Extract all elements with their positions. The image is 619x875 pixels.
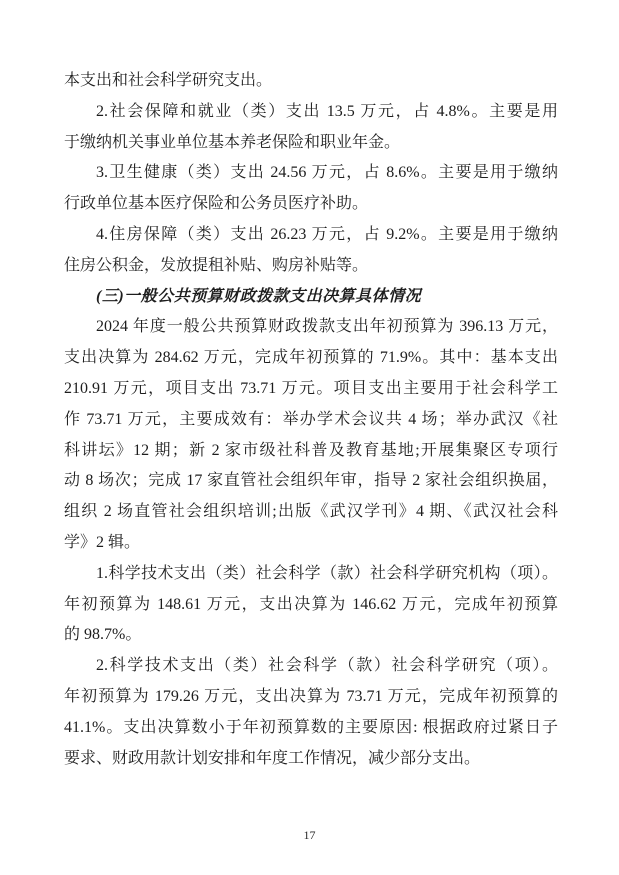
text-line: 1.科学技术支出（类）社会科学（款）社会科学研究机构（项）。 [64,559,558,590]
text-line: 2024 年度一般公共预算财政拨款支出年初预算为 396.13 万元， [64,312,558,343]
text-line: 支出决算为 284.62 万元，完成年初预算的 71.9%。其中：基本支出 [64,343,558,374]
text-line: 210.91 万元，项目支出 73.71 万元。项目支出主要用于社会科学工 [64,374,558,405]
text-line: 行政单位基本医疗保险和公务员医疗补助。 [64,189,558,220]
text-line: 2.科学技术支出（类）社会科学（款）社会科学研究（项）。 [64,651,558,682]
text-line: 动 8 场次；完成 17 家直管社会组织年审，指导 2 家社会组织换届， [64,466,558,497]
text-line: 2.社会保障和就业（类）支出 13.5 万元，占 4.8%。主要是用 [64,97,558,128]
text-line: 年初预算为 179.26 万元，支出决算为 73.71 万元，完成年初预算的 [64,682,558,713]
text-line: 3.卫生健康（类）支出 24.56 万元，占 8.6%。主要是用于缴纳 [64,158,558,189]
text-line: 的 98.7%。 [64,620,558,651]
text-line: 科讲坛》12 期；新 2 家市级社科普及教育基地;开展集聚区专项行 [64,436,558,467]
text-line: 41.1%。支出决算数小于年初预算数的主要原因: 根据政府过紧日子 [64,713,558,744]
page-number: 17 [0,828,619,843]
text-line: 4.住房保障（类）支出 26.23 万元，占 9.2%。主要是用于缴纳 [64,220,558,251]
text-line: 本支出和社会科学研究支出。 [64,66,558,97]
text-line: 学》2 辑。 [64,528,558,559]
section-heading: (三)一般公共预算财政拨款支出决算具体情况 [64,282,558,313]
text-line: 作 73.71 万元，主要成效有：举办学术会议共 4 场；举办武汉《社 [64,405,558,436]
text-line: 于缴纳机关事业单位基本养老保险和职业年金。 [64,128,558,159]
text-line: 住房公积金，发放提租补贴、购房补贴等。 [64,251,558,282]
text-line: 组织 2 场直管社会组织培训;出版《武汉学刊》4 期、《武汉社会科 [64,497,558,528]
text-line: 要求、财政用款计划安排和年度工作情况，减少部分支出。 [64,744,558,775]
document-body: 本支出和社会科学研究支出。 2.社会保障和就业（类）支出 13.5 万元，占 4… [64,66,558,774]
text-line: 年初预算为 148.61 万元，支出决算为 146.62 万元，完成年初预算 [64,590,558,621]
